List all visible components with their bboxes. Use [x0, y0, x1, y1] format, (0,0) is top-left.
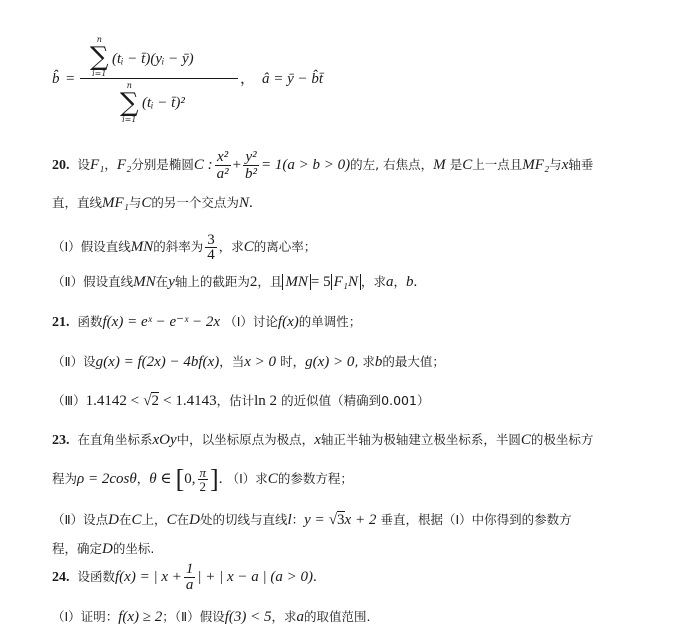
q20-line2: 直，直线MF₁与C的另一个交点为N. — [52, 196, 253, 211]
fraction-bar — [80, 78, 238, 79]
left-bracket: [ — [176, 465, 185, 494]
question-number: 23. — [52, 433, 70, 448]
q20-line1: 20.设F₁，F₂分别是椭圆C :x²a²+y²b²= 1(a > b > 0)… — [52, 147, 593, 183]
fraction-numerator: n∑i=1 (tᵢ − t̄)(yᵢ − ȳ) — [80, 42, 238, 76]
numerator-expression: (tᵢ − t̄)(yᵢ − ȳ) — [112, 52, 194, 67]
question-number: 20. — [52, 158, 70, 173]
b-hat: b̂ — [52, 72, 60, 87]
question-number: 21. — [52, 315, 70, 330]
fraction-denominator: n∑i=1 (tᵢ − t̄)² — [80, 82, 238, 118]
sqrt-3: √3 — [329, 511, 345, 528]
sqrt-2: √2 — [143, 392, 159, 409]
question-number: 24. — [52, 570, 70, 585]
equals-sign: = — [66, 72, 74, 87]
q24-line1: 24.设函数f(x) = | x +1a| + | x − a | (a > 0… — [52, 560, 317, 594]
q20-part2: （Ⅱ）假设直线MN在y轴上的截距为2，且MN= 5F₁N，求a，b. — [52, 275, 417, 290]
sum-symbol: n∑i=1 — [90, 36, 109, 78]
one-over-a: 1a — [184, 562, 196, 593]
q23-line1: 23.在直角坐标系xOy中，以坐标原点为极点，x轴正半轴为极轴建立极坐标系，半圆… — [52, 433, 593, 448]
q23-part2: （Ⅱ）设点D在C上，C在D处的切线与直线l：y = √3x + 2 垂直，根据（… — [52, 513, 572, 528]
q20-part1: （Ⅰ）假设直线MN的斜率为34，求C的离心率； — [52, 232, 316, 262]
sum-symbol: n∑i=1 — [120, 82, 139, 124]
a-hat-expression: â = ȳ − b̂t̄ — [262, 72, 323, 87]
q23-line2: 程为ρ = 2cosθ，θ ∈ [0,π2]. （Ⅰ）求C的参数方程； — [52, 462, 353, 496]
q21-line1: 21.函数f(x) = eˣ − e⁻ˣ − 2x （Ⅰ）讨论f(x)的单调性； — [52, 315, 361, 330]
x-squared-over-a-squared: x²a² — [215, 149, 231, 182]
slope-fraction: 34 — [205, 233, 217, 262]
right-bracket: ] — [210, 465, 219, 494]
separator: ， — [240, 72, 255, 87]
q24-parts: （Ⅰ）证明：f(x) ≥ 2；（Ⅱ）假设f(3) < 5，求a的取值范围. — [52, 610, 370, 625]
pi-over-2: π2 — [198, 466, 209, 493]
denominator-expression: (tᵢ − t̄)² — [142, 96, 185, 111]
q21-part2: （Ⅱ）设g(x) = f(2x) − 4bf(x)，当x > 0 时，g(x) … — [52, 355, 445, 370]
q21-part3: （Ⅲ）1.4142 < √2 < 1.4143，估计ln 2 的近似值（精确到0… — [52, 394, 429, 409]
q23-line4: 程，确定D的坐标. — [52, 542, 154, 557]
y-squared-over-b-squared: y²b² — [243, 149, 259, 182]
